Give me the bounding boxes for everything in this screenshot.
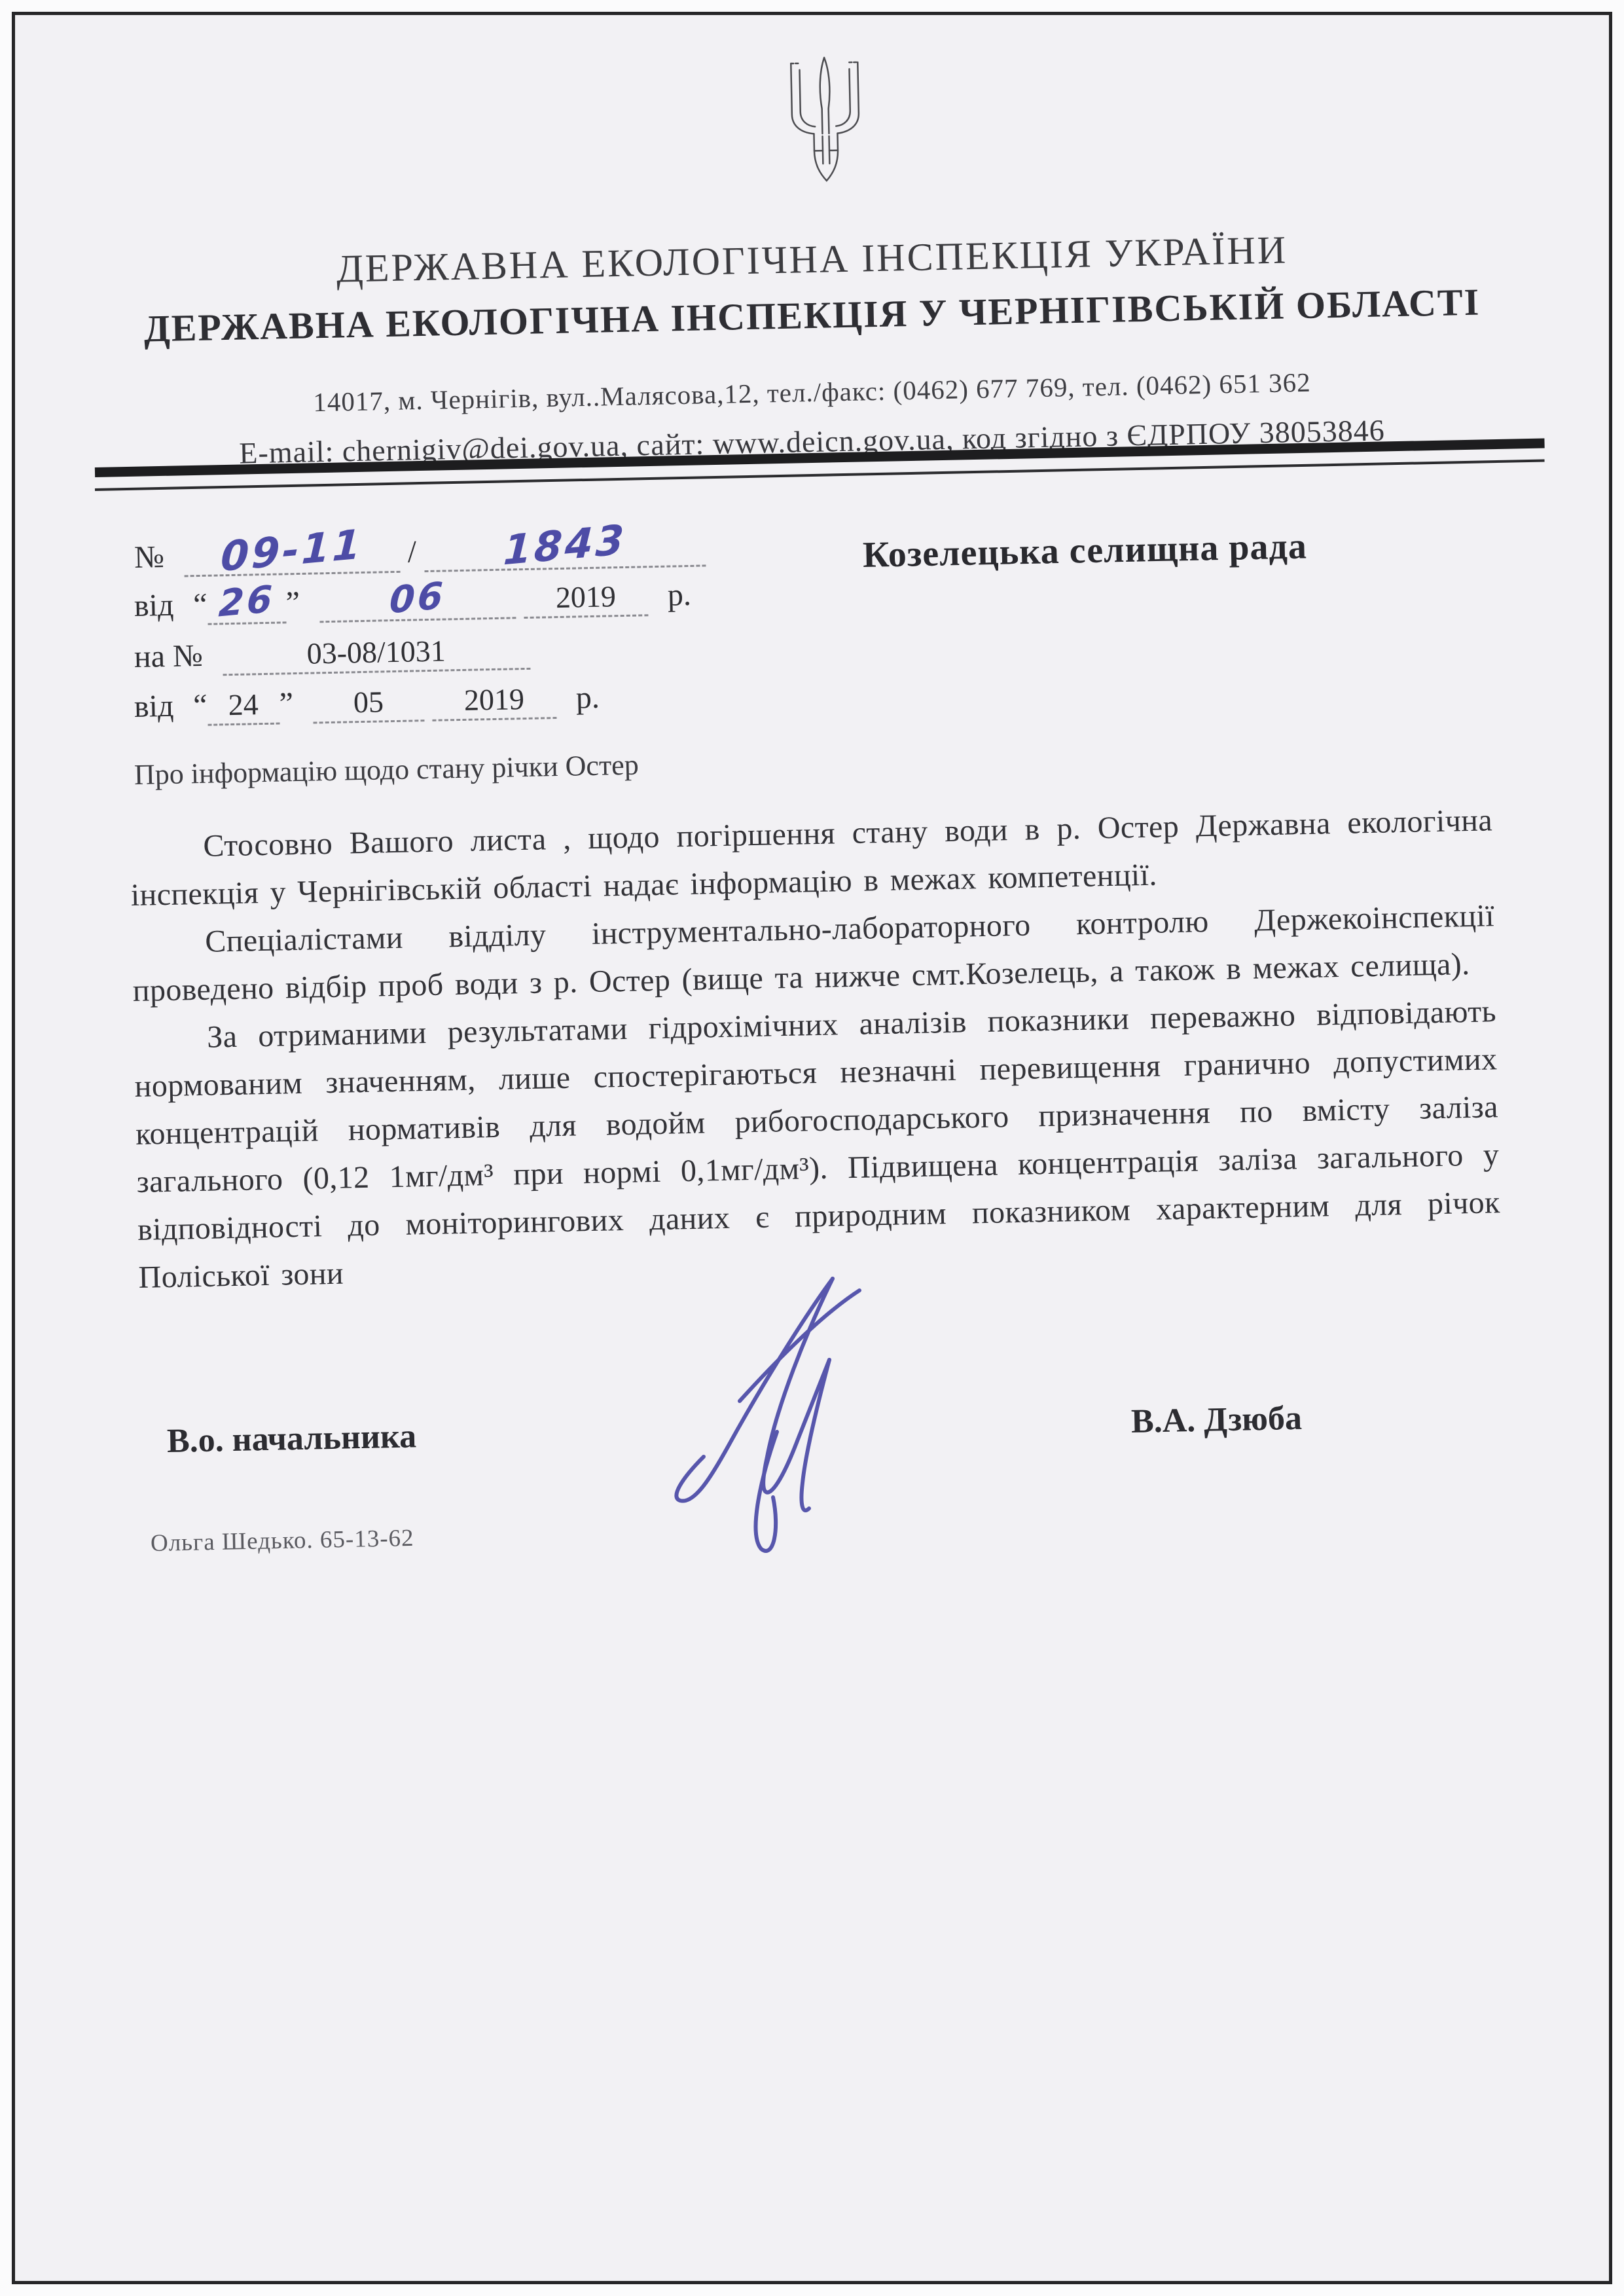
outgoing-year: 2019 bbox=[555, 579, 616, 614]
outgoing-number-label: № bbox=[134, 539, 164, 575]
letter-body: Стосовно Вашого листа , щодо погіршення … bbox=[130, 796, 1502, 1302]
outgoing-month-field: 06 bbox=[319, 580, 516, 623]
reply-month-field: 05 bbox=[312, 685, 424, 723]
scanned-letter-page: ДЕРЖАВНА ЕКОЛОГІЧНА ІНСПЕКЦІЯ УКРАЇНИ ДЕ… bbox=[0, 0, 1624, 2296]
reply-number-field: 03-08/1031 bbox=[222, 634, 530, 676]
reply-quote-open: “ bbox=[193, 688, 208, 723]
quote-open: “ bbox=[193, 587, 208, 622]
reply-year: 2019 bbox=[463, 682, 524, 717]
reply-month: 05 bbox=[353, 685, 384, 719]
handwritten-number-left: 09-11 bbox=[220, 526, 364, 575]
outgoing-year-field: 2019 bbox=[523, 580, 648, 619]
reply-number: 03-08/1031 bbox=[306, 634, 446, 670]
outgoing-day-field: 26 bbox=[207, 585, 286, 625]
reply-day: 24 bbox=[228, 687, 259, 721]
signer-title: В.о. начальника bbox=[166, 1417, 416, 1461]
outgoing-number-field-left: 09-11 bbox=[183, 530, 400, 577]
executor-contact: Ольга Шедько. 65-13-62 bbox=[151, 1524, 414, 1558]
handwritten-day: 26 bbox=[218, 583, 276, 621]
handwritten-number-right: 1843 bbox=[503, 521, 628, 569]
reply-day-field: 24 bbox=[207, 689, 280, 726]
outgoing-number-field-right: 1843 bbox=[424, 524, 706, 572]
reply-year-field: 2019 bbox=[431, 683, 556, 721]
reply-year-suffix: р. bbox=[575, 680, 600, 716]
year-suffix: р. bbox=[667, 577, 691, 613]
signer-name: В.А. Дзюба bbox=[1130, 1399, 1302, 1441]
signature-ink bbox=[605, 1260, 920, 1568]
reply-number-row: на № 03-08/1031 bbox=[134, 631, 530, 678]
outgoing-date-label: від bbox=[134, 588, 173, 623]
tryzub-emblem-icon bbox=[774, 52, 876, 185]
number-separator: / bbox=[407, 534, 416, 569]
recipient-name: Козелецька селищна рада bbox=[862, 525, 1307, 576]
handwritten-month: 06 bbox=[389, 579, 446, 618]
quote-close: ” bbox=[285, 585, 300, 620]
reply-quote-close: ” bbox=[279, 686, 293, 721]
body-paragraph-3: За отриманими результатами гідрохімічних… bbox=[134, 987, 1502, 1302]
reply-date-label: від bbox=[134, 689, 173, 724]
reply-number-label: на № bbox=[134, 638, 203, 674]
